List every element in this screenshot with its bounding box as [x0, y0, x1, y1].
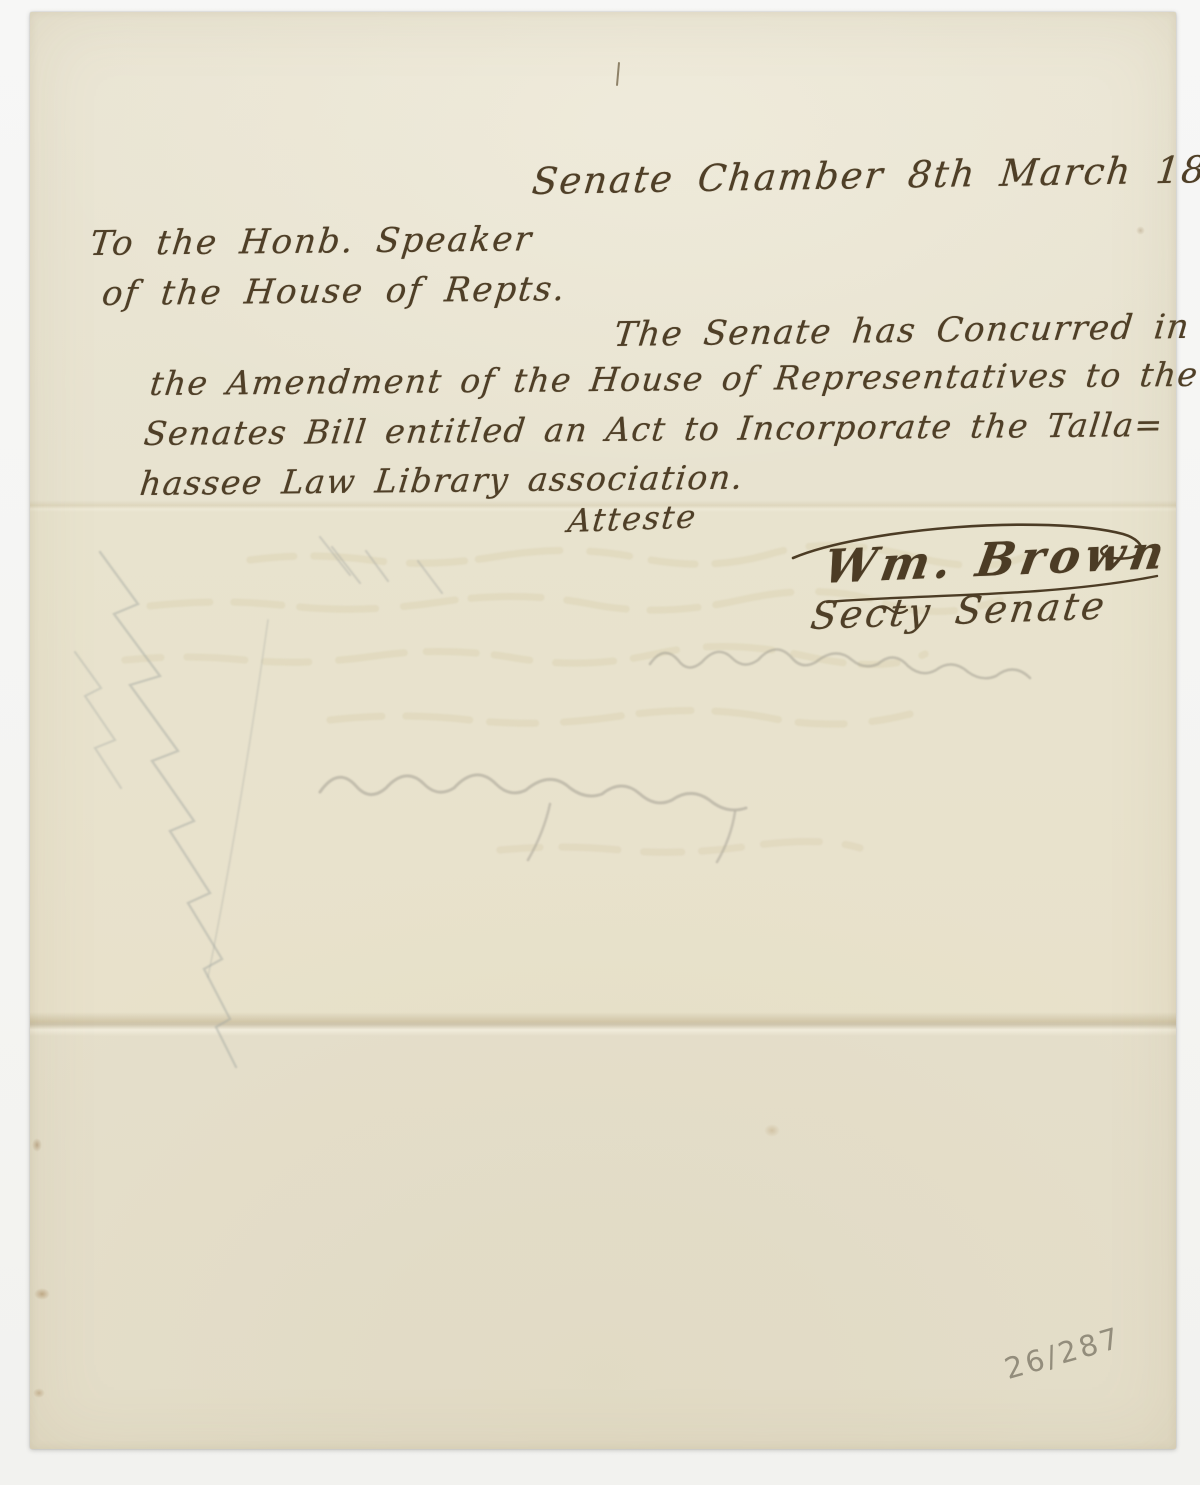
dateline: Senate Chamber 8th March 1844 [530, 147, 1200, 203]
foxing-spot [1136, 226, 1145, 235]
body-line-4: hassee Law Library association. [138, 458, 746, 503]
salutation-line-1: To the Honb. Speaker [88, 219, 535, 264]
stray-ink-mark [616, 62, 620, 86]
body-line-2: the Amendment of the House of Representa… [148, 355, 1200, 403]
attestation: Atteste [566, 497, 699, 540]
scanned-document-background: Senate Chamber 8th March 1844 To the Hon… [0, 0, 1200, 1485]
salutation-line-2: of the House of Repts. [100, 269, 568, 314]
body-line-3: Senates Bill entitled an Act to Incorpor… [142, 405, 1166, 453]
body-line-1: The Senate has Concurred in [612, 307, 1192, 355]
letter-sheet: Senate Chamber 8th March 1844 To the Hon… [30, 12, 1176, 1449]
fold-panel-bottom [30, 1022, 1176, 1449]
